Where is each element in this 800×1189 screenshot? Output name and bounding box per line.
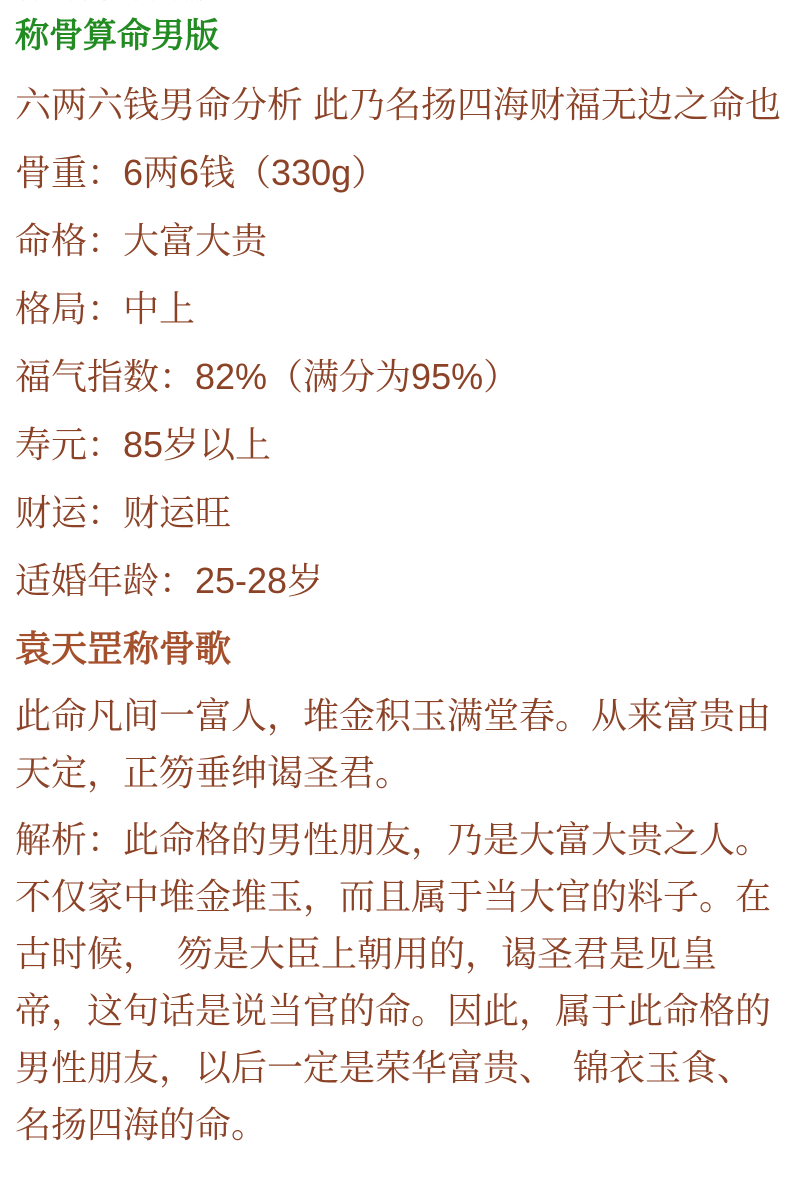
attr-bone-weight: 骨重：6两6钱（330g）: [15, 144, 787, 201]
attr-lifespan: 寿元：85岁以上: [15, 416, 787, 473]
intro-paragraph: 六两六钱男命分析 此乃名扬四海财福无边之命也: [15, 76, 787, 133]
clipped-top-line-text: 称骨算命男版: [15, 0, 787, 3]
attr-marriage-age: 适婚年龄：25-28岁: [15, 552, 787, 609]
clipped-top-line: 称骨算命男版: [15, 0, 787, 4]
attr-wealth-luck: 财运：财运旺: [15, 484, 787, 541]
song-heading: 袁天罡称骨歌: [15, 620, 787, 677]
attr-destiny-type: 命格：大富大贵: [15, 212, 787, 269]
song-verse: 此命凡间一富人，堆金积玉满堂春。从来富贵由天定，正笏垂绅谒圣君。: [15, 687, 787, 801]
article-content: 称骨算命男版 称骨算命男版 六两六钱男命分析 此乃名扬四海财福无边之命也 骨重：…: [0, 0, 800, 1153]
attr-pattern-grade: 格局：中上: [15, 280, 787, 337]
page-title: 称骨算命男版: [15, 16, 787, 56]
attr-fortune-index: 福气指数：82%（满分为95%）: [15, 348, 787, 405]
analysis-paragraph: 解析：此命格的男性朋友，乃是大富大贵之人。不仅家中堆金堆玉，而且属于当大官的料子…: [15, 811, 787, 1153]
